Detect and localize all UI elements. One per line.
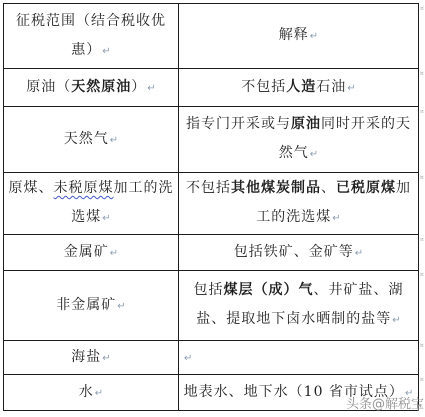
spellcheck-underlined-text: 未税原煤 — [54, 180, 114, 196]
cell-scope: 非金属矿↵ — [4, 271, 179, 341]
paragraph-mark: ↵ — [110, 135, 118, 146]
table-header-row: 征税范围（结合税收优惠）↵ 解释↵ — [4, 4, 419, 69]
text-line: 包括铁矿、金矿等↵ — [181, 238, 416, 268]
cell-explanation: 指专门开采或与原油同时开采的天然气↵ — [179, 107, 419, 173]
text-line: 工的洗选煤↵ — [181, 203, 416, 233]
cell-explanation: 包括铁矿、金矿等↵ — [179, 235, 419, 271]
cell-scope: 原煤、未税原煤加工的洗选煤↵ — [4, 173, 179, 235]
tax-scope-table: 征税范围（结合税收优惠）↵ 解释↵ 原油（天然原油）↵ 不包括人造石油↵ 天然气… — [3, 3, 419, 411]
text-line: 指专门开采或与原油同时开采的天 — [181, 110, 416, 139]
cell-explanation: 包括煤层（成）气、井矿盐、湖盐、提取地下卤水晒制的盐等↵ — [179, 271, 419, 341]
end-of-row-mark: ¤ — [420, 109, 424, 115]
cell-scope: 天然气↵ — [4, 107, 179, 173]
table-row: 金属矿↵ 包括铁矿、金矿等↵ — [4, 235, 419, 271]
header-cell-scope: 征税范围（结合税收优惠）↵ — [4, 4, 179, 69]
end-of-row-mark: ¤ — [420, 6, 424, 12]
cell-explanation: ↵ — [179, 341, 419, 375]
end-of-row-mark: ¤ — [420, 343, 424, 349]
text-line: 征税范围（结合税收优 — [6, 7, 176, 36]
text-line: 然气↵ — [181, 139, 416, 169]
paragraph-mark: ↵ — [102, 213, 110, 224]
paragraph-mark: ↵ — [110, 248, 118, 259]
cell-scope: 原油（天然原油）↵ — [4, 69, 179, 107]
text-line: 盐、提取地下卤水晒制的盐等↵ — [181, 305, 416, 335]
paragraph-mark: ↵ — [310, 149, 318, 160]
table-row: 天然气↵ 指专门开采或与原油同时开采的天然气↵ — [4, 107, 419, 173]
text-line: 地表水、地下水（10 省市试点）↵ — [181, 378, 416, 408]
end-of-row-mark: ¤ — [420, 377, 424, 383]
document-page: 征税范围（结合税收优惠）↵ 解释↵ 原油（天然原油）↵ 不包括人造石油↵ 天然气… — [0, 0, 425, 417]
paragraph-mark: ↵ — [184, 353, 192, 364]
after-table-mark: Γ — [417, 404, 421, 413]
text-line: 包括煤层（成）气、井矿盐、湖 — [181, 276, 416, 305]
paragraph-mark: ↵ — [95, 388, 103, 399]
cell-scope: 金属矿↵ — [4, 235, 179, 271]
cell-scope: 海盐↵ — [4, 341, 179, 375]
text-line: 选煤↵ — [6, 203, 176, 233]
text-line: 天然气↵ — [6, 125, 176, 155]
table-row: 原煤、未税原煤加工的洗选煤↵ 不包括其他煤炭制品、已税原煤加工的洗选煤↵ — [4, 173, 419, 235]
text-line: 金属矿↵ — [6, 238, 176, 268]
text-line: 水↵ — [6, 378, 176, 408]
cell-scope: 水↵ — [4, 375, 179, 411]
paragraph-mark: ↵ — [347, 83, 355, 94]
paragraph-mark: ↵ — [147, 83, 155, 94]
end-of-row-mark: ¤ — [420, 237, 424, 243]
paragraph-mark: ↵ — [310, 31, 318, 42]
table-row: 原油（天然原油）↵ 不包括人造石油↵ — [4, 69, 419, 107]
text-line: 非金属矿↵ — [6, 291, 176, 321]
paragraph-mark: ↵ — [355, 248, 363, 259]
cell-explanation: 地表水、地下水（10 省市试点）↵ — [179, 375, 419, 411]
paragraph-mark: ↵ — [332, 213, 340, 224]
end-of-row-mark: ¤ — [420, 272, 424, 278]
text-line: 海盐↵ — [6, 343, 176, 373]
paragraph-mark: ↵ — [405, 388, 413, 399]
paragraph-mark: ↵ — [392, 315, 400, 326]
paragraph-mark: ↵ — [102, 353, 110, 364]
text-line: 解释↵ — [181, 21, 416, 51]
table-row: 水↵ 地表水、地下水（10 省市试点）↵ — [4, 375, 419, 411]
text-line: 不包括人造石油↵ — [181, 73, 416, 103]
header-cell-explanation: 解释↵ — [179, 4, 419, 69]
text-line: ↵ — [183, 343, 416, 373]
text-line: 原油（天然原油）↵ — [6, 73, 176, 103]
paragraph-mark: ↵ — [102, 46, 110, 57]
paragraph-mark: ↵ — [117, 301, 125, 312]
cell-explanation: 不包括人造石油↵ — [179, 69, 419, 107]
end-of-row-mark: ¤ — [420, 71, 424, 77]
end-of-row-mark: ¤ — [420, 175, 424, 181]
table-row: 非金属矿↵ 包括煤层（成）气、井矿盐、湖盐、提取地下卤水晒制的盐等↵ — [4, 271, 419, 341]
table-row: 海盐↵ ↵ — [4, 341, 419, 375]
text-line: 原煤、未税原煤加工的洗 — [6, 174, 176, 203]
text-line: 惠）↵ — [6, 36, 176, 66]
text-line: 不包括其他煤炭制品、已税原煤加 — [181, 174, 416, 203]
cell-explanation: 不包括其他煤炭制品、已税原煤加工的洗选煤↵ — [179, 173, 419, 235]
